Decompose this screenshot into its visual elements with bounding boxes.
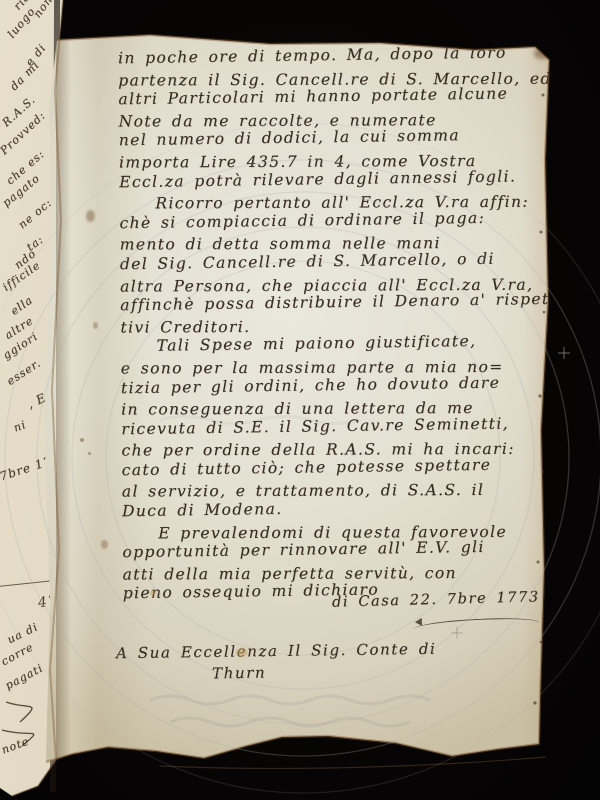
letter-body: in poche ore di tempo. Ma, dopo la lorop… xyxy=(0,45,600,606)
stain xyxy=(236,648,248,657)
stain xyxy=(534,48,550,59)
manuscript-page: in poche ore di tempo. Ma, dopo la lorop… xyxy=(0,0,600,800)
left-page-text-fragment: ua di xyxy=(5,620,40,646)
stain xyxy=(150,590,156,596)
under-page-edge xyxy=(160,757,546,768)
closing-rule xyxy=(0,580,55,587)
stain xyxy=(86,210,95,222)
left-page-text-fragment: note xyxy=(0,735,31,757)
stain xyxy=(80,438,84,442)
address-recipient: Thurn xyxy=(212,664,266,683)
flourish-underline xyxy=(413,616,539,630)
left-page-text-fragment: ella xyxy=(8,293,35,317)
photo-stage: rianonluogoe dida miR.A.S.Provved:che es… xyxy=(0,0,600,800)
left-page-text-fragment: esser. xyxy=(4,356,43,388)
address-line: A Sua Eccellenza Il Sig. Conte di xyxy=(116,640,437,662)
stain xyxy=(101,540,108,549)
left-page-text-fragment: corre xyxy=(0,640,36,668)
left-page-text-fragment: ni xyxy=(12,418,28,435)
left-page-text-fragment: da mi xyxy=(7,58,42,93)
left-page-text-fragment: ne oc: xyxy=(16,196,55,231)
left-page-text-fragment: pagati xyxy=(3,661,45,692)
stain xyxy=(88,452,91,455)
stain xyxy=(93,322,98,329)
